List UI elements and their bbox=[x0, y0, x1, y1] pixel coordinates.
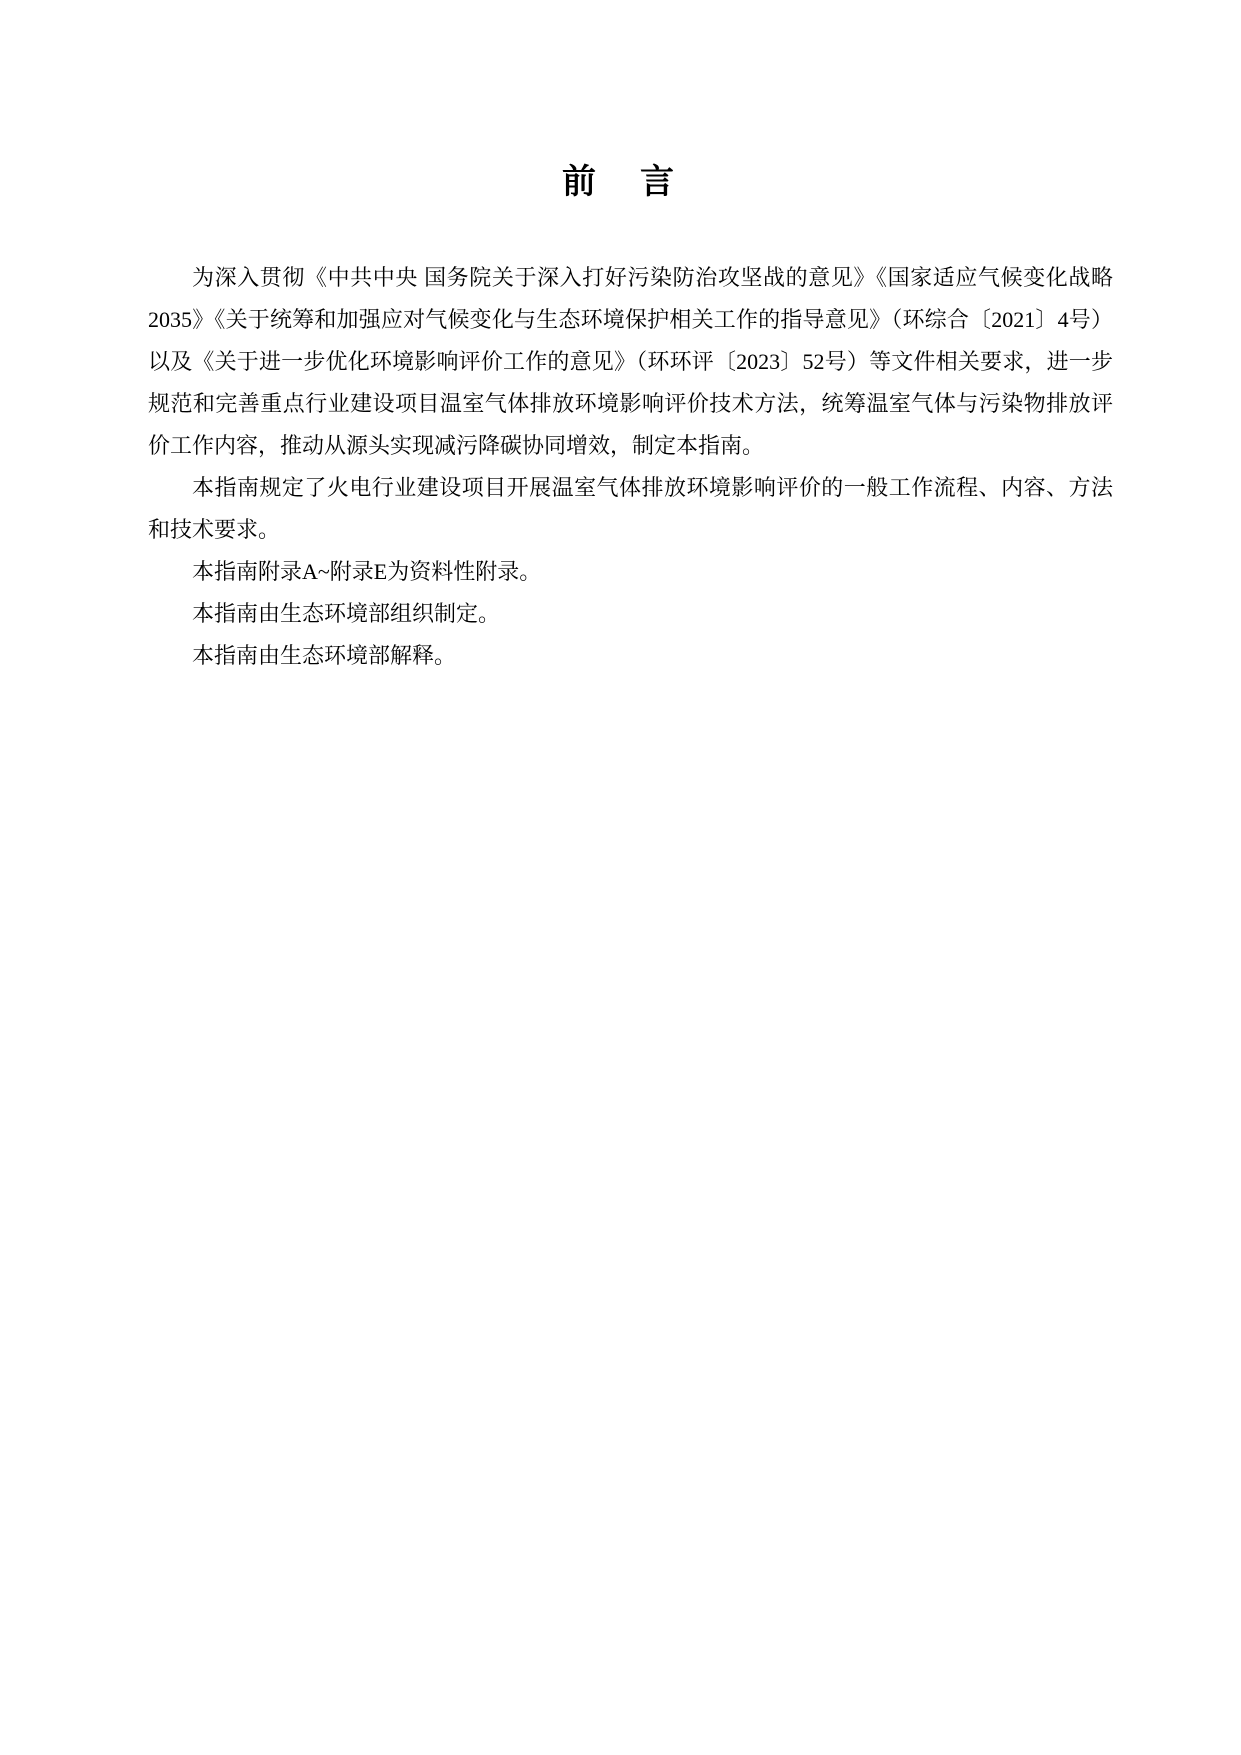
preface-paragraph-1: 为深入贯彻《中共中央 国务院关于深入打好污染防治攻坚战的意见》《国家适应气候变化… bbox=[148, 257, 1113, 467]
page-title: 前 言 bbox=[0, 162, 1241, 202]
document-page: 前 言 为深入贯彻《中共中央 国务院关于深入打好污染防治攻坚战的意见》《国家适应… bbox=[0, 0, 1241, 1755]
preface-paragraph-5: 本指南由生态环境部解释。 bbox=[148, 635, 1113, 677]
preface-paragraph-3: 本指南附录A~附录E为资料性附录。 bbox=[148, 551, 1113, 593]
preface-paragraph-4: 本指南由生态环境部组织制定。 bbox=[148, 593, 1113, 635]
preface-body: 为深入贯彻《中共中央 国务院关于深入打好污染防治攻坚战的意见》《国家适应气候变化… bbox=[148, 257, 1113, 677]
preface-paragraph-2: 本指南规定了火电行业建设项目开展温室气体排放环境影响评价的一般工作流程、内容、方… bbox=[148, 467, 1113, 551]
